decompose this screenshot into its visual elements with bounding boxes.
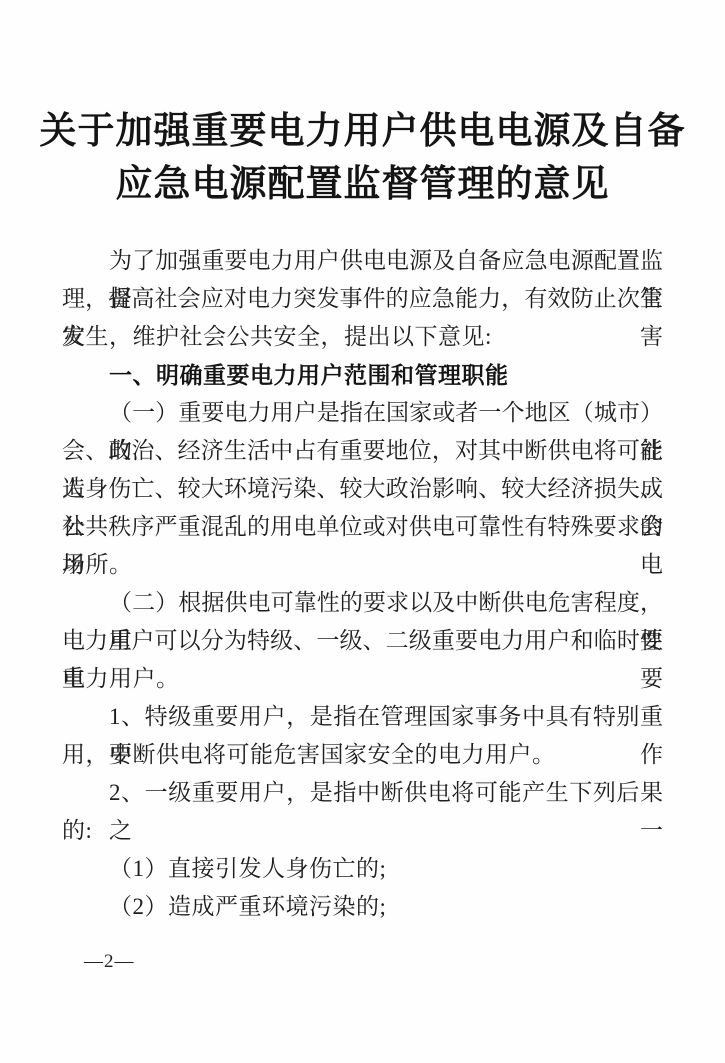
document-title: 关于加强重要电力用户供电电源及自备 应急电源配置监督管理的意见 <box>0 104 725 210</box>
body-line: 会、政治、经济生活中占有重要地位，对其中断供电将可能造成 <box>62 432 663 470</box>
body-line: 为了加强重要电力用户供电电源及自备应急电源配置监督管 <box>62 242 663 280</box>
list-item: （1）直接引发人身伤亡的; <box>62 850 663 888</box>
body-line: （二）根据供电可靠性的要求以及中断供电危害程度，重要 <box>62 584 663 622</box>
body-line: 理，提高社会应对电力突发事件的应急能力，有效防止次生灾害 <box>62 280 663 318</box>
title-line-2: 应急电源配置监督管理的意见 <box>0 157 725 210</box>
body-line: 人身伤亡、较大环境污染、较大政治影响、较大经济损失、社会 <box>62 470 663 508</box>
body-line: 电力用户可以分为特级、一级、二级重要电力用户和临时性重要 <box>62 622 663 660</box>
document-body: 为了加强重要电力用户供电电源及自备应急电源配置监督管 理，提高社会应对电力突发事… <box>62 242 663 926</box>
body-line: 2、一级重要用户，是指中断供电将可能产生下列后果之一 <box>62 774 663 812</box>
body-line: （一）重要电力用户是指在国家或者一个地区（城市）的社 <box>62 394 663 432</box>
body-line: 公共秩序严重混乱的用电单位或对供电可靠性有特殊要求的用电 <box>62 508 663 546</box>
section-heading: 一、明确重要电力用户范围和管理职能 <box>62 356 663 394</box>
page-number: —2— <box>84 948 135 976</box>
title-line-1: 关于加强重要电力用户供电电源及自备 <box>0 104 725 157</box>
list-item: （2）造成严重环境污染的; <box>62 888 663 926</box>
body-line: 1、特级重要用户，是指在管理国家事务中具有特别重要作 <box>62 698 663 736</box>
document-page: 关于加强重要电力用户供电电源及自备 应急电源配置监督管理的意见 为了加强重要电力… <box>0 0 725 1063</box>
